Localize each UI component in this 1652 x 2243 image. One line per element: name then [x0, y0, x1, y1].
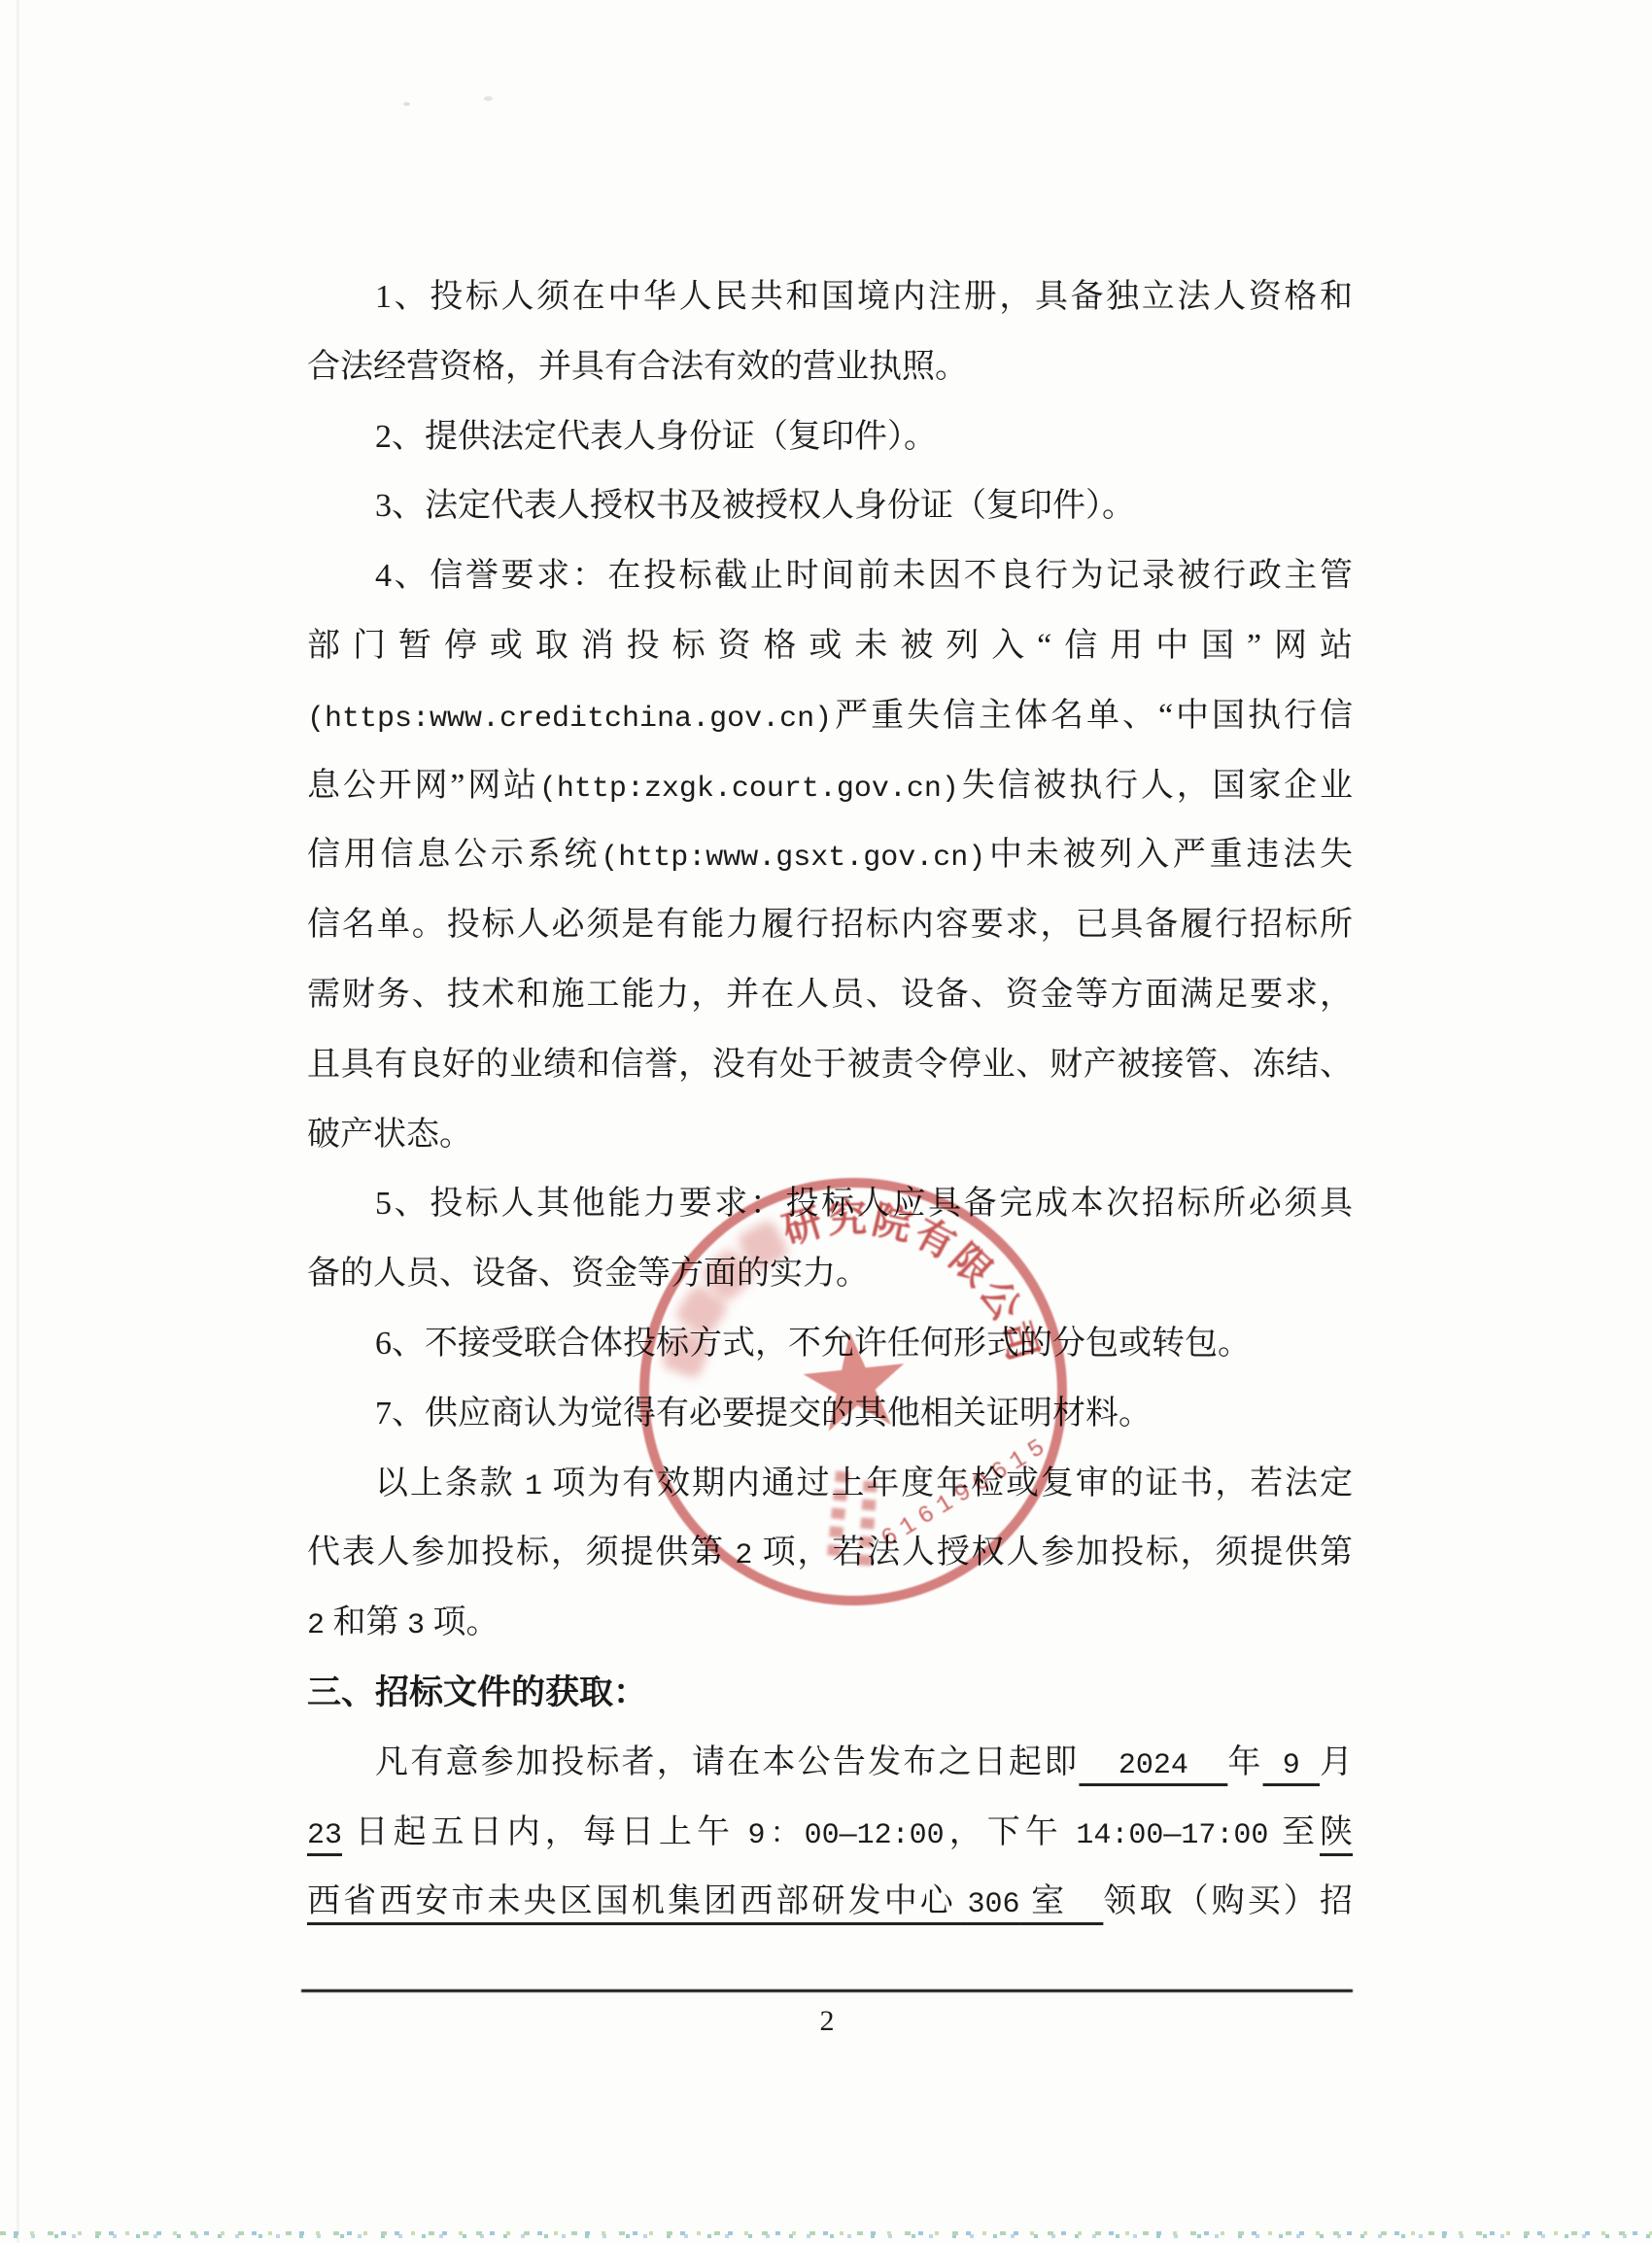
text-segment: 合法经营资格，并具有合法有效的营业执照。	[307, 349, 968, 385]
text-segment-lat: 1	[525, 1470, 542, 1503]
text-line: 4、信誉要求：在投标截止时间前未因不良行为记录被行政主管	[307, 541, 1353, 611]
text-segment-lat: 14:00—17:00	[1076, 1819, 1268, 1852]
text-line: 以上条款 1 项为有效期内通过上年度年检或复审的证书，若法定	[307, 1449, 1353, 1519]
text-segment: 备的人员、设备、资金等方面的实力。	[307, 1256, 869, 1292]
text-segment: 日起五日内，每日上午	[342, 1814, 748, 1850]
text-line: 备的人员、设备、资金等方面的实力。	[307, 1239, 1353, 1309]
text-segment: 1、投标人须在中华人民共和国境内注册，具备独立法人资格和	[375, 279, 1353, 315]
text-block: 1、投标人须在中华人民共和国境内注册，具备独立法人资格和合法经营资格，并具有合法…	[0, 0, 1652, 2243]
text-line: 需财务、技术和施工能力，并在人员、设备、资金等方面满足要求，	[307, 960, 1353, 1030]
text-segment-lat: (https:www.creditchina.gov.cn)	[307, 703, 832, 736]
text-segment: 且具有良好的业绩和信誉，没有处于被责令停业、财产被接管、冻结、	[307, 1047, 1353, 1083]
text-segment-u: 室	[1020, 1883, 1104, 1919]
text-segment: 代表人参加投标，须提供第	[307, 1535, 735, 1570]
text-line: 代表人参加投标，须提供第 2 项，若法人授权人参加投标，须提供第	[307, 1518, 1353, 1588]
text-segment: 至	[1268, 1814, 1320, 1850]
text-segment-lat: (http:www.gsxt.gov.cn)	[601, 842, 985, 875]
text-line: 西省西安市未央区国机集团西部研发中心 306 室 领取（购买）招	[307, 1867, 1353, 1937]
text-segment: 部门暂停或取消投标资格或未被列入“信用中国”网站	[307, 628, 1353, 664]
text-segment: 息公开网”网站	[307, 768, 539, 804]
text-segment: 凡有意参加投标者，请在本公告发布之日起即	[375, 1744, 1079, 1780]
text-line: 2、提供法定代表人身份证（复印件）。	[307, 402, 1353, 472]
scan-noise-strip	[0, 2231, 1652, 2239]
page-number: 2	[301, 1997, 1353, 2046]
text-segment: 需财务、技术和施工能力，并在人员、设备、资金等方面满足要求，	[307, 977, 1353, 1013]
text-line: (https:www.creditchina.gov.cn)严重失信主体名单、“…	[307, 681, 1353, 751]
text-segment-lat: 9：00—12:00	[748, 1819, 945, 1852]
text-line: 合法经营资格，并具有合法有效的营业执照。	[307, 332, 1353, 402]
text-segment-latu: 306	[968, 1888, 1020, 1921]
text-segment-lat: (http:zxgk.court.gov.cn)	[539, 773, 959, 806]
text-segment: 破产状态。	[307, 1117, 472, 1153]
text-line: 三、招标文件的获取：	[307, 1658, 1353, 1728]
text-line: 2 和第 3 项。	[307, 1588, 1353, 1658]
text-line: 23 日起五日内，每日上午 9：00—12:00，下午 14:00—17:00 …	[307, 1798, 1353, 1868]
text-segment: 严重失信主体名单、“中国执行信	[832, 698, 1353, 734]
text-segment: 4、信誉要求：在投标截止时间前未因不良行为记录被行政主管	[375, 558, 1353, 594]
text-segment-latu: 23	[307, 1819, 342, 1852]
text-line: 1、投标人须在中华人民共和国境内注册，具备独立法人资格和	[307, 262, 1353, 332]
text-segment: 领取（购买）招	[1103, 1883, 1353, 1919]
text-segment: 和第	[325, 1605, 407, 1640]
text-segment: 项为有效期内通过上年度年检或复审的证书，若法定	[542, 1466, 1353, 1501]
text-segment: ，下午	[945, 1814, 1077, 1850]
text-line: 3、法定代表人授权书及被授权人身份证（复印件）。	[307, 471, 1353, 541]
text-segment-latu: 2024	[1079, 1749, 1227, 1782]
text-segment-u: 陕	[1320, 1814, 1353, 1850]
text-segment-u: 西省西安市未央区国机集团西部研发中心	[307, 1883, 968, 1919]
text-segment: 2、提供法定代表人身份证（复印件）。	[375, 419, 937, 455]
text-line: 信用信息公示系统(http:www.gsxt.gov.cn)中未被列入严重违法失	[307, 820, 1353, 890]
text-segment: 年	[1227, 1744, 1262, 1780]
text-line: 7、供应商认为觉得有必要提交的其他相关证明材料。	[307, 1379, 1353, 1449]
text-segment: 3、法定代表人授权书及被授权人身份证（复印件）。	[375, 488, 1135, 524]
text-line: 6、不接受联合体投标方式，不允许任何形式的分包或转包。	[307, 1309, 1353, 1379]
text-segment: 7、供应商认为觉得有必要提交的其他相关证明材料。	[375, 1396, 1152, 1432]
footer-rule	[301, 1989, 1353, 1992]
text-segment: 三、招标文件的获取：	[307, 1674, 647, 1711]
text-segment-lat: 3	[407, 1609, 425, 1642]
text-line: 5、投标人其他能力要求：投标人应具备完成本次招标所必须具	[307, 1169, 1353, 1239]
text-line: 凡有意参加投标者，请在本公告发布之日起即 2024 年 9 月	[307, 1728, 1353, 1798]
text-segment: 失信被执行人，国家企业	[959, 768, 1353, 804]
text-segment: 项，若法人授权人参加投标，须提供第	[752, 1535, 1353, 1570]
text-segment: 信用信息公示系统	[307, 837, 601, 873]
text-segment: 项。	[425, 1605, 499, 1640]
text-segment-lat: 2	[735, 1539, 752, 1572]
text-segment: 月	[1320, 1744, 1353, 1780]
text-segment: 信名单。投标人必须是有能力履行招标内容要求，已具备履行招标所	[307, 907, 1353, 943]
document-page: 1、投标人须在中华人民共和国境内注册，具备独立法人资格和合法经营资格，并具有合法…	[0, 0, 1652, 2243]
text-segment-lat: 2	[307, 1609, 325, 1642]
text-segment: 中未被列入严重违法失	[985, 837, 1353, 873]
text-segment: 以上条款	[375, 1466, 525, 1501]
text-line: 且具有良好的业绩和信誉，没有处于被责令停业、财产被接管、冻结、	[307, 1030, 1353, 1100]
text-segment-latu: 9	[1263, 1749, 1320, 1782]
text-segment: 5、投标人其他能力要求：投标人应具备完成本次招标所必须具	[375, 1186, 1353, 1222]
text-line: 部门暂停或取消投标资格或未被列入“信用中国”网站	[307, 611, 1353, 681]
text-line: 破产状态。	[307, 1100, 1353, 1170]
text-segment: 6、不接受联合体投标方式，不允许任何形式的分包或转包。	[375, 1326, 1251, 1362]
text-line: 息公开网”网站(http:zxgk.court.gov.cn)失信被执行人，国家…	[307, 751, 1353, 821]
text-line: 信名单。投标人必须是有能力履行招标内容要求，已具备履行招标所	[307, 890, 1353, 960]
